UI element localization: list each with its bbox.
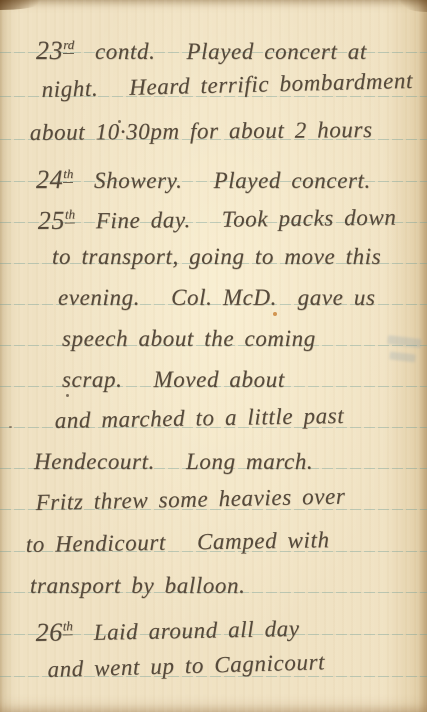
line-text: night. Heard terrific bombardment [41,68,413,102]
paper-speck [118,120,121,123]
paper-speck [273,312,277,316]
line-text: Showery. Played concert. [73,168,371,193]
day-number: 24 [36,165,63,194]
day-number: 23 [36,36,63,65]
paper-speck [9,426,12,428]
line-text: Laid around all day [73,616,300,645]
line-text: about 10·30pm for about 2 hours [30,117,373,145]
showthrough-mark [387,335,422,348]
line-text: to Hendicourt Camped with [26,527,330,557]
showthrough-mark [389,351,416,362]
diary-line: 26th Laid around all day [35,605,300,651]
page-corner-shadow [397,0,427,12]
day-ordinal: th [63,166,73,183]
diary-line: transport by balloon. [30,568,245,603]
diary-line: evening. Col. McD. gave us [58,280,376,315]
diary-line: 25th Fine day. Took packs down [37,194,396,239]
diary-line: Fritz threw some heavies over [35,479,345,520]
day-number: 25 [38,206,66,235]
line-text: Hendecourt. Long march. [34,449,313,474]
day-ordinal: th [65,207,75,224]
diary-line: 24th Showery. Played concert. [36,157,371,198]
day-number: 26 [35,617,63,647]
paper-speck [66,394,69,397]
page-corner-shadow [0,0,46,10]
diary-line: to Hendicourt Camped with [25,522,329,562]
day-ordinal: rd [63,37,74,54]
diary-line: and marched to a little past [54,398,344,438]
diary-line: and went up to Cagnicourt [47,644,325,687]
line-text: evening. Col. McD. gave us [58,285,376,310]
line-text: scrap. Moved about [62,367,285,392]
diary-line: to transport, going to move this [52,239,381,274]
diary-line: speech about the coming [62,321,316,356]
diary-line: scrap. Moved about [62,362,285,397]
line-text: speech about the coming [62,326,316,351]
diary-page: 23rd contd. Played concert at night. Hea… [0,0,427,712]
diary-line: about 10·30pm for about 2 hours [30,112,373,150]
line-text: Fine day. Took packs down [75,205,397,234]
line-text: Fritz threw some heavies over [35,484,345,515]
line-text: transport by balloon. [30,573,245,598]
line-text: and went up to Cagnicourt [47,649,325,682]
diary-line: 23rd contd. Played concert at [36,28,367,69]
diary-line: Hendecourt. Long march. [34,444,313,479]
line-text: to transport, going to move this [52,244,381,269]
line-text: contd. Played concert at [74,39,367,64]
diary-line: night. Heard terrific bombardment [41,63,413,107]
faint-ink-showthrough [378,330,427,375]
line-text: and marched to a little past [54,403,344,433]
